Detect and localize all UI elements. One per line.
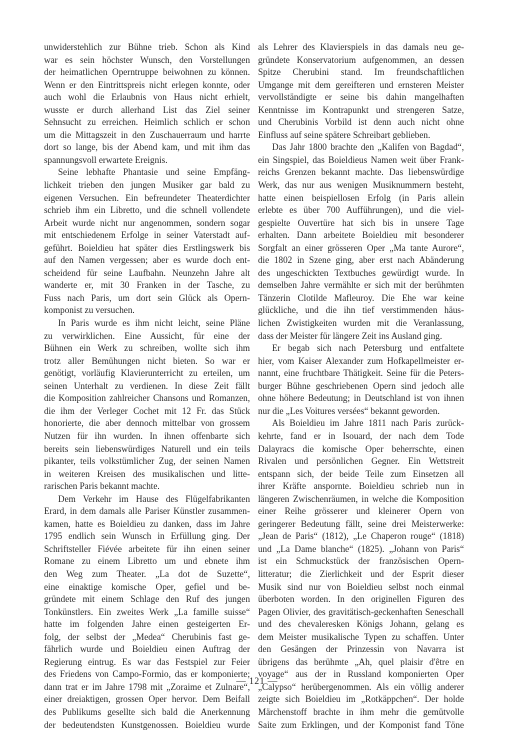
text-line: Fuss nach Paris, um dort sein Glück als …: [44, 292, 250, 305]
text-line: in weiteren Kreisen des musikalischen un…: [44, 468, 250, 481]
text-line: erhalten. Dann arbeitete Boieldieu mit b…: [258, 229, 464, 242]
text-line: Romane zu einem Libretto um und ebnete i…: [44, 555, 250, 568]
text-line: wanderte er, mit 30 Franken in der Tasch…: [44, 279, 250, 292]
text-line: nannt, eine fruchtbare Thätigkeit. Seine…: [258, 367, 464, 380]
text-line: der bedeutendsten Kunstgenossen. Boieldi…: [44, 719, 250, 732]
text-line: Kenntnisse im Kontrapunkt und strengeren…: [258, 104, 464, 117]
text-line: geführt. Boieldieu hat später dies Erstl…: [44, 242, 250, 255]
text-line: hatte im folgenden Jahre einen gesteiger…: [44, 618, 250, 631]
text-line: bereits sein liebenswürdiges Naturell un…: [44, 443, 250, 456]
text-line: Märchenstoff brachte in ihm mehr die gem…: [258, 706, 464, 719]
text-line: lichkeit trieben den jungen Musiker gar …: [44, 179, 250, 192]
text-line: Erard, in dem damals alle Pariser Künstl…: [44, 505, 250, 518]
text-line: reichs Grenzen bekannt machte. Das liebe…: [258, 166, 464, 179]
text-line: rarischen Paris bekannt machte.: [44, 480, 250, 493]
left-text-column: unwiderstehlich zur Bühne trieb. Schon a…: [44, 41, 250, 731]
text-line: kamen, hatte es Boieldieu zu danken, das…: [44, 518, 250, 531]
text-line: ein Singspiel, das Boieldieus Namen weit…: [258, 154, 464, 167]
text-line: kehrte, fand er in Isouard, der nach dem…: [258, 430, 464, 443]
text-line: entspann sich, der beide Teile zum Einse…: [258, 468, 464, 481]
text-line: auf den Namen vergessen; aber es wurde d…: [44, 254, 250, 267]
text-line: übrigens das berühmte „Ah, quel plaisir …: [258, 656, 464, 669]
text-line: einer dreiaktigen, grossen Oper hervor. …: [44, 693, 250, 706]
text-line: Dalayracs die komische Oper beherrschte,…: [258, 443, 464, 456]
text-line: Tonkünstlers. Ein zweites Werk „La famil…: [44, 606, 250, 619]
text-line: Umgange mit dem gereifteren und ernstere…: [258, 79, 464, 92]
text-line: Dem Verkehr im Hause des Flügelfabrikant…: [44, 493, 250, 506]
text-line: trotz aller Bemühungen nicht bieten. So …: [44, 355, 250, 368]
text-line: Als Boieldieu im Jahre 1811 nach Paris z…: [258, 417, 464, 430]
text-line: ohne höhere Bedeutung; in Deutschland is…: [258, 392, 464, 405]
text-line: Das Jahr 1800 brachte den „Kalifen von B…: [258, 141, 464, 154]
text-line: pikanter, teils volkstümlicher Zug, der …: [44, 455, 250, 468]
text-line: des ungeschickten Textbuches gewürdigt w…: [258, 267, 464, 280]
text-line: Nutzen für ihn wurden. In ihnen offenbar…: [44, 430, 250, 443]
text-line: Tänzerin Clotilde Mafleuroy. Die Ehe war…: [258, 292, 464, 305]
text-line: Pagen Olivier, des gravitätisch-geckenha…: [258, 606, 464, 619]
text-line: Saite zum Erklingen, und der Komponist f…: [258, 719, 464, 732]
text-line: Musik sind nur von Boieldieu selbst noch…: [258, 581, 464, 594]
text-line: schrieb ihm ein Libretto, und die schnel…: [44, 204, 250, 217]
document-page: unwiderstehlich zur Bühne trieb. Schon a…: [0, 0, 514, 734]
text-line: nur die „Les Voitures versées“ bekannt g…: [258, 405, 464, 418]
text-line: dem Meister musikalische Typen zu schaff…: [258, 631, 464, 644]
text-line: eine einaktige komische Oper, gefiel und…: [44, 581, 250, 594]
text-line: spannungsvoll erwartete Ereignis.: [44, 154, 250, 167]
text-line: dass der Meister für längere Zeit ins Au…: [258, 330, 464, 343]
text-line: Sehnsucht zu erreichen. Heimlich schlich…: [44, 116, 250, 129]
text-line: ist ein Schmuckstück der französischen O…: [258, 555, 464, 568]
text-line: Bühnen ein Werk zu schreiben, wollte sic…: [44, 342, 250, 355]
text-line: folg, der selbst der „Medea“ Cherubinis …: [44, 631, 250, 644]
text-line: um die Mittagszeit in den Zuschauerraum …: [44, 129, 250, 142]
text-line: der heimatlichen Operntruppe beiwohnen z…: [44, 66, 250, 79]
right-text-column: als Lehrer des Klavierspiels in das dama…: [258, 41, 464, 731]
text-line: eigenen Versuchen. Ein befreundeter Thea…: [44, 192, 250, 205]
text-line: seinen Unterhalt zu verdienen. In diese …: [44, 380, 250, 393]
text-line: glückliche, und die ihn tief verstimmend…: [258, 304, 464, 317]
text-line: In Paris wurde es ihm nicht leicht, sein…: [44, 317, 250, 330]
text-line: gespielte Ouvertüre hat sich bis in unse…: [258, 217, 464, 230]
text-line: Seine lebhafte Phantasie und seine Empfä…: [44, 166, 250, 179]
text-line: gründete mit einem Schlage den Ruf des j…: [44, 593, 250, 606]
text-line: 1795 endlich sein Wunsch in Erfüllung gi…: [44, 530, 250, 543]
text-line: Arbeit wurde nicht nur angenommen, sonde…: [44, 217, 250, 230]
text-line: die 1802 in Szene ging, aber erst nach A…: [258, 254, 464, 267]
text-line: als Lehrer des Klavierspiels in das dama…: [258, 41, 464, 54]
text-line: die Komposition zahlreicher Chansons und…: [44, 392, 250, 405]
text-line: Rivalen und persönlichen Gegner. Ein Wet…: [258, 455, 464, 468]
text-line: honorierte, die aber dennoch mittelbar v…: [44, 417, 250, 430]
text-line: den Gesängen der Prinzessin von Navarra …: [258, 643, 464, 656]
text-line: scheidend für seine Laufbahn. Neunzehn J…: [44, 267, 250, 280]
text-line: geringerer Bedeutung fällt, seine drei M…: [258, 518, 464, 531]
text-line: mit entschiedenem Erfolge in seiner Vate…: [44, 229, 250, 242]
text-line: hatte einen beispiellosen Erfolg (in Par…: [258, 192, 464, 205]
text-line: litteratur; die Zierlichkeit und der Esp…: [258, 568, 464, 581]
text-line: Er begab sich nach Petersburg und entfal…: [258, 342, 464, 355]
text-line: den Weg zum Theater. „La dot de Suzette“…: [44, 568, 250, 581]
text-line: auch wohl die Erlaubnis von Haus nicht e…: [44, 91, 250, 104]
text-line: zeigte sich Boieldieu im „Rotkäppchen“. …: [258, 693, 464, 706]
text-line: komponist zu versuchen.: [44, 304, 250, 317]
text-line: Spitze Cherubini stand. Im freundschaftl…: [258, 66, 464, 79]
text-line: erlebte es über 700 Aufführungen), und d…: [258, 204, 464, 217]
text-line: und „La Dame blanche“ (1825). „Johann vo…: [258, 543, 464, 556]
text-line: zu verwirklichen. Eine Aussicht, für ein…: [44, 330, 250, 343]
text-line: längeren Zwischenräumen, in welche die K…: [258, 493, 464, 506]
text-line: und Cherubinis Vorbild ist denn auch nic…: [258, 116, 464, 129]
text-line: Werk, das nur aus wenigen Musiknummern b…: [258, 179, 464, 192]
text-line: überboten worden. In den originellen Fig…: [258, 593, 464, 606]
text-line: gründete Konservatorium aufgenommen, an …: [258, 54, 464, 67]
text-line: burger Bühne geschriebenen Opern sind je…: [258, 380, 464, 393]
text-line: und des chevaleresken Königs Johann, gel…: [258, 618, 464, 631]
text-line: unwiderstehlich zur Bühne trieb. Schon a…: [44, 41, 250, 54]
text-line: hier, vom Kaiser Alexander zum Hofkapell…: [258, 355, 464, 368]
text-line: Regierung eintrug. Es war das Festspiel …: [44, 656, 250, 669]
text-line: Schriftsteller Fiévée arbeitete für ihn …: [44, 543, 250, 556]
text-line: wusste er durch allerhand List das Ziel …: [44, 104, 250, 117]
text-line: des Publikums gesellte sich bald die Ane…: [44, 706, 250, 719]
text-line: demselben Jahre vermählte er sich mit de…: [258, 279, 464, 292]
text-line: Einfluss auf seine spätere Schreibart ge…: [258, 129, 464, 142]
text-line: war es sein höchster Wunsch, den Vorstel…: [44, 54, 250, 67]
page-number: — 121 —: [0, 677, 514, 687]
text-line: Wenn er den Eintrittspreis nicht erlegen…: [44, 79, 250, 92]
text-line: dort so lange, bis der Abend kam, und mi…: [44, 141, 250, 154]
text-line: einer Reihe grösserer und kleinerer Oper…: [258, 505, 464, 518]
text-line: fährlich wurde und Boieldieu einen Auftr…: [44, 643, 250, 656]
text-line: vervollständigte er seine bis dahin mang…: [258, 91, 464, 104]
text-line: genötigt, vorläufig Klavierunterricht zu…: [44, 367, 250, 380]
text-line: ihrer Kräfte anspornte. Boieldieu schrie…: [258, 480, 464, 493]
text-line: Sorgfalt an einer grösseren Oper „Ma tan…: [258, 242, 464, 255]
text-line: „Jean de Paris“ (1812), „Le Chaperon rou…: [258, 530, 464, 543]
text-line: die ihm der Verleger Cochet mit 12 Fr. d…: [44, 405, 250, 418]
text-line: lichen Zwistigkeiten wurden mit die Vera…: [258, 317, 464, 330]
